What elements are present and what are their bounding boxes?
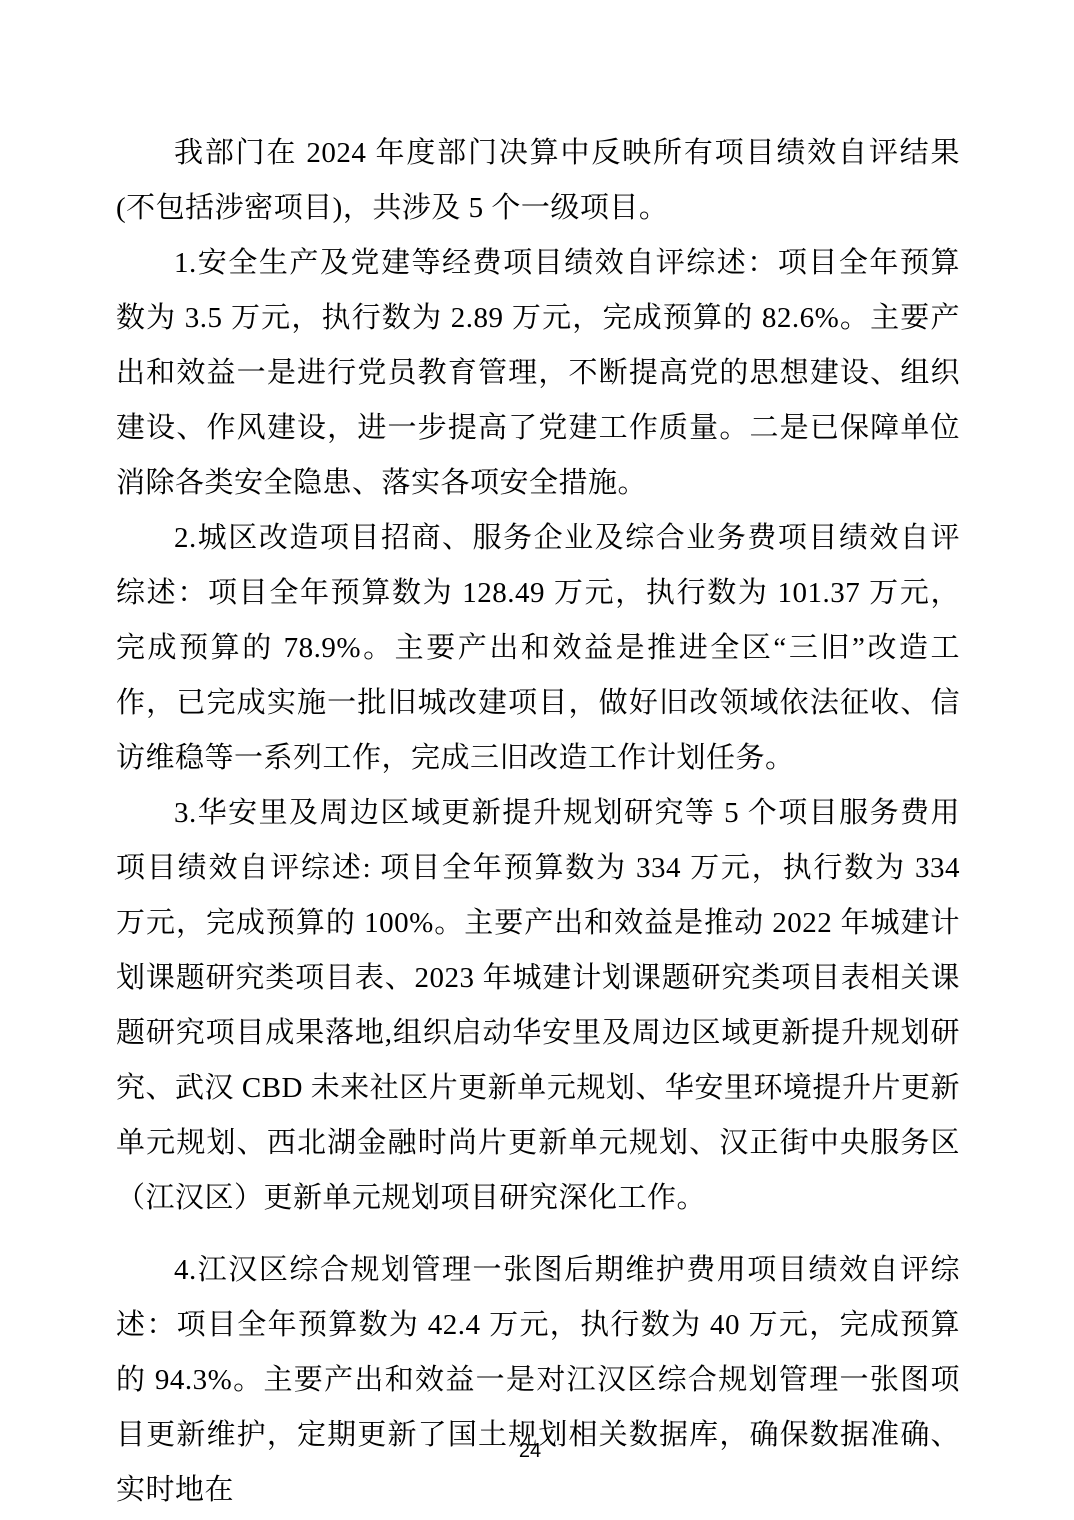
paragraph-project-2: 2.城区改造项目招商、服务企业及综合业务费项目绩效自评综述：项目全年预算数为 1… bbox=[116, 511, 960, 786]
document-body: 我部门在 2024 年度部门决算中反映所有项目绩效自评结果(不包括涉密项目)，共… bbox=[116, 126, 960, 1518]
paragraph-project-4: 4.江汉区综合规划管理一张图后期维护费用项目绩效自评综述：项目全年预算数为 42… bbox=[116, 1243, 960, 1518]
paragraph-project-1: 1.安全生产及党建等经费项目绩效自评综述：项目全年预算数为 3.5 万元，执行数… bbox=[116, 236, 960, 511]
paragraph-project-3: 3.华安里及周边区域更新提升规划研究等 5 个项目服务费用项目绩效自评综述: 项… bbox=[116, 786, 960, 1226]
document-page: 我部门在 2024 年度部门决算中反映所有项目绩效自评结果(不包括涉密项目)，共… bbox=[0, 0, 1074, 1520]
page-number: 24 bbox=[0, 1440, 1060, 1463]
paragraph-intro: 我部门在 2024 年度部门决算中反映所有项目绩效自评结果(不包括涉密项目)，共… bbox=[116, 126, 960, 236]
